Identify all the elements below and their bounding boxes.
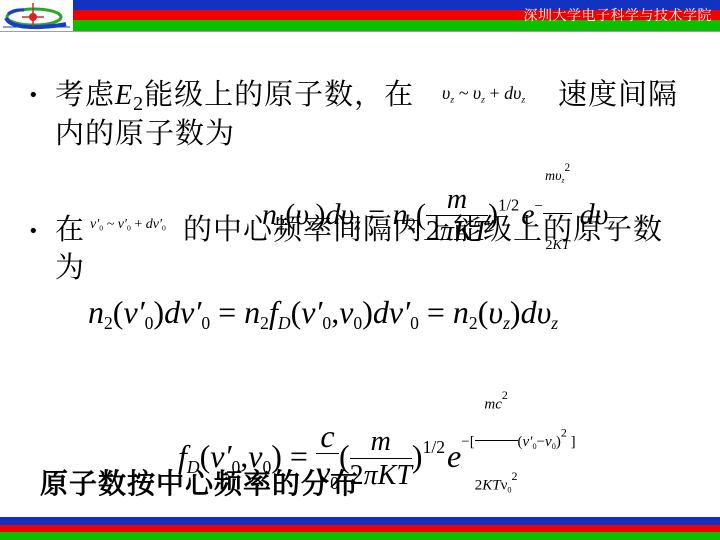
university-logo-icon: [0, 0, 73, 31]
bullet-1-text-after: 速度间隔: [558, 75, 678, 113]
section-caption: 原子数按中心频率的分布: [40, 462, 359, 502]
bullet-marker-2: •: [28, 213, 40, 251]
header-divider: [0, 31, 720, 32]
bullet-2-text-before: 在: [55, 210, 85, 248]
bullet-1-text-before: 考虑: [55, 77, 115, 111]
bullet-1-line-2: 内的原子数为: [55, 114, 235, 152]
footer-stripe-blue: [0, 517, 720, 525]
equation-2: n2(ν′0)dν′0 = n2fD(ν′0,ν0)dν′0 = n2(υz)d…: [88, 290, 558, 345]
frequency-interval-math: ν′0 ~ ν′0 + dν′0: [90, 217, 166, 233]
bullet-2-text-after: 的中心频率间隔内上能级上的原子数: [183, 210, 663, 248]
equation-1: n2(υz)dυz = n2(m2πKT)1/2e−mυz22KT dυz: [262, 136, 615, 278]
logo: [0, 0, 73, 31]
footer-stripe-green: [0, 532, 720, 540]
bullet-1-text-mid: 能级上的原子数，在: [144, 77, 414, 111]
institution-name: 深圳大学电子科学与技术学院: [524, 5, 713, 25]
bullet-2-line-2: 为: [55, 248, 85, 286]
bullet-marker: •: [28, 77, 40, 115]
energy-level-symbol: E2: [115, 80, 144, 111]
velocity-interval-math: υz ~ υz + dυz: [442, 83, 525, 105]
